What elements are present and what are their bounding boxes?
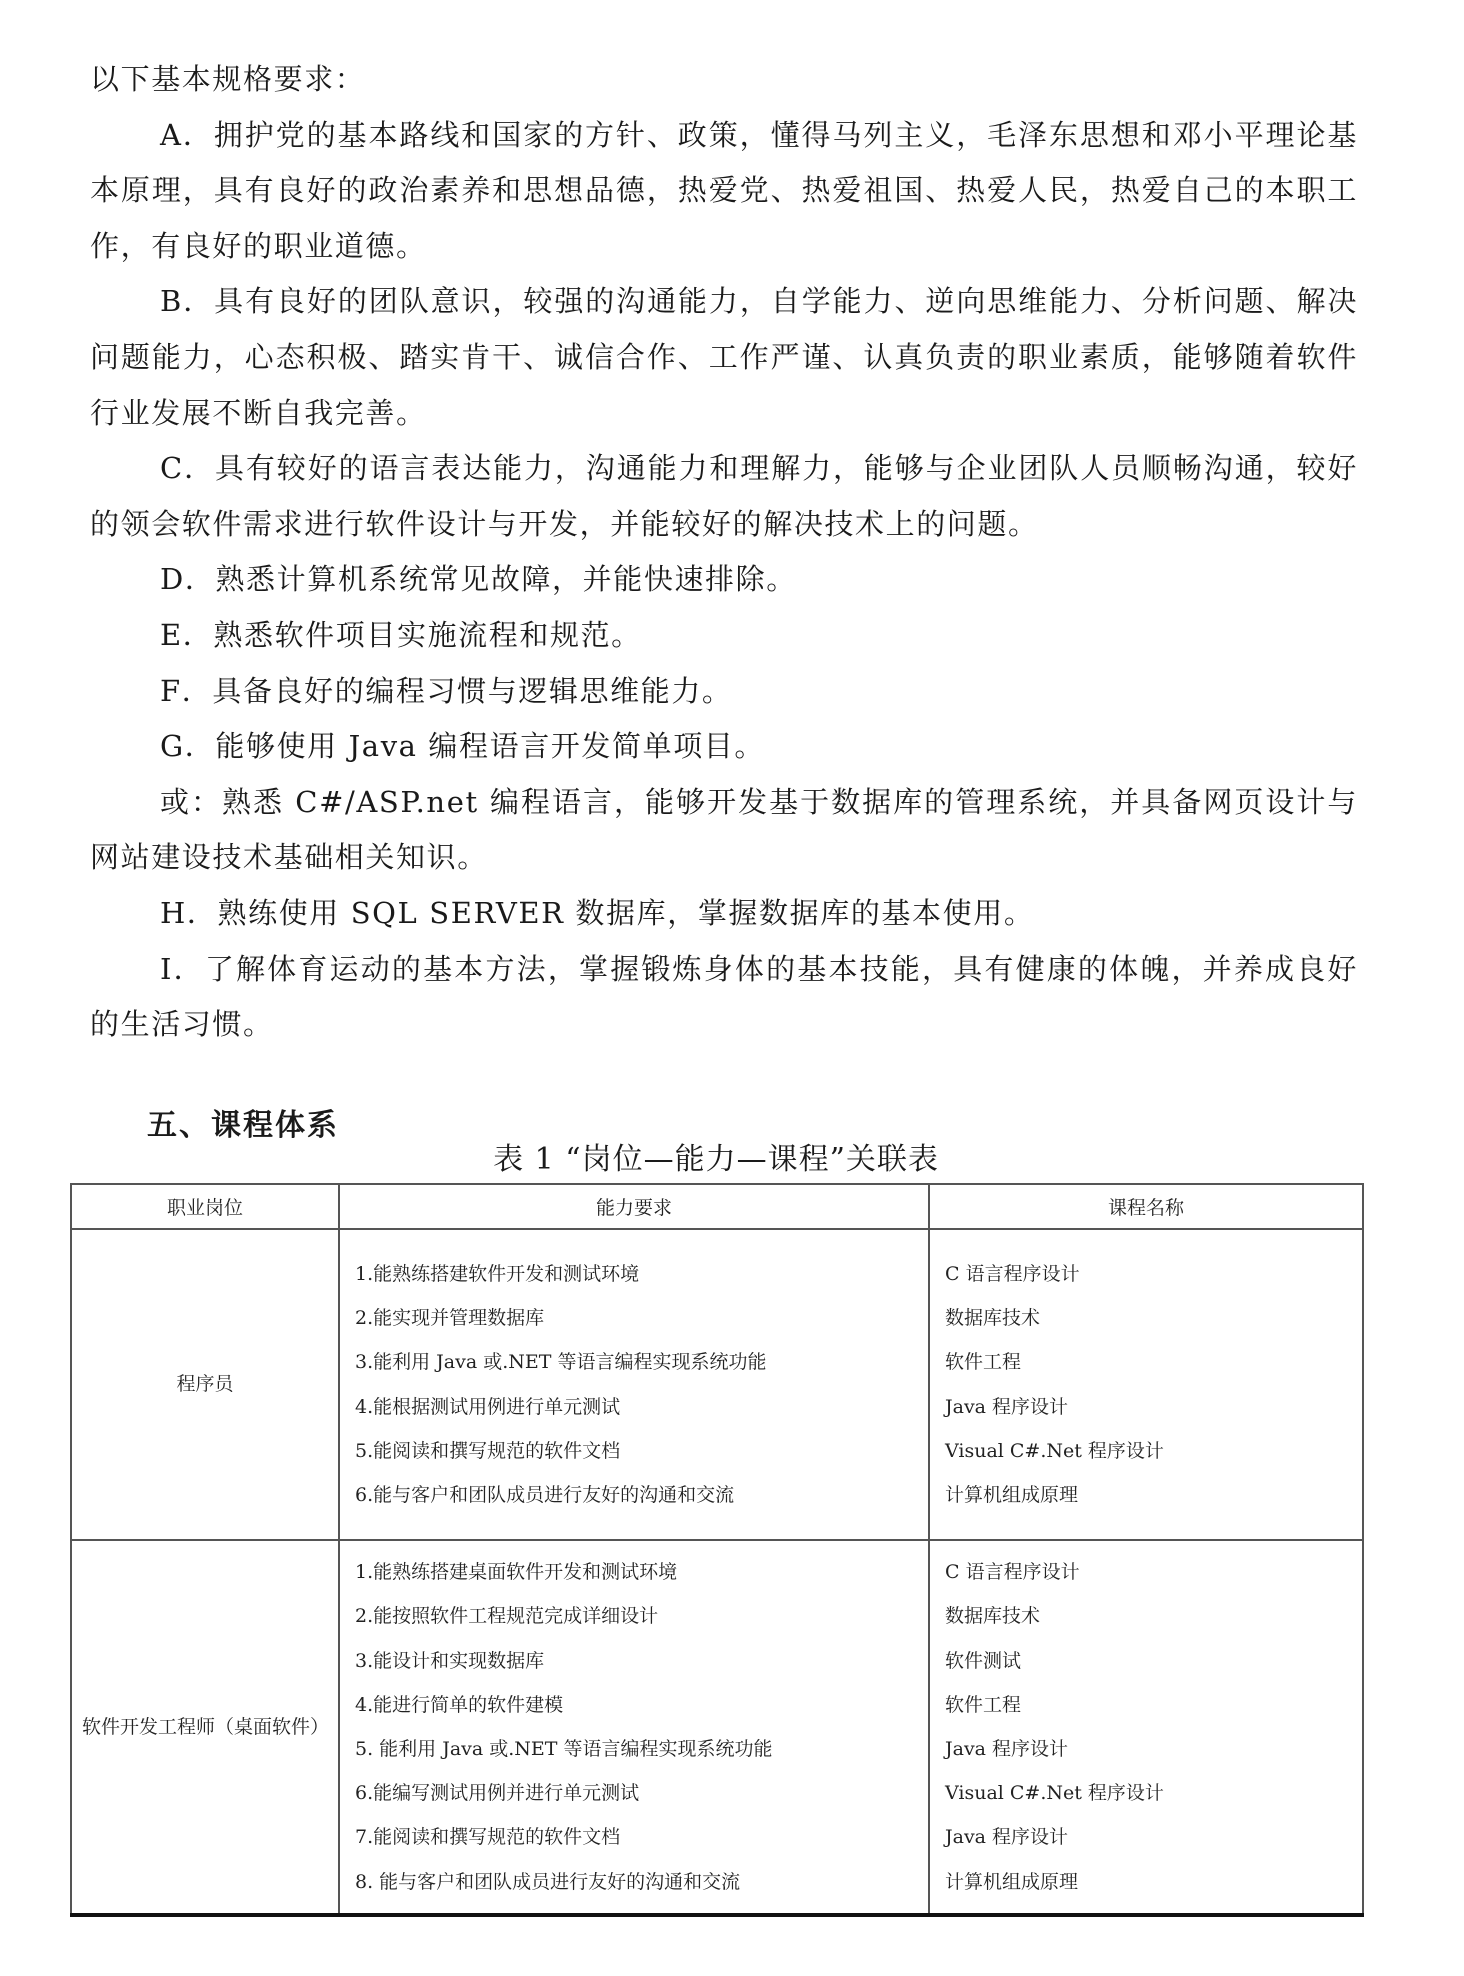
course-item: 软件测试 [945,1639,1362,1683]
header-course: 课程名称 [929,1184,1363,1229]
course-item: 计算机组成原理 [945,1860,1362,1904]
ability-item: 8. 能与客户和团队成员进行友好的沟通和交流 [355,1860,928,1904]
document-page: 以下基本规格要求： A．拥护党的基本路线和国家的方针、政策，懂得马列主义，毛泽东… [0,0,1464,1976]
course-item: C 语言程序设计 [945,1252,1362,1296]
ability-item: 3.能利用 Java 或.NET 等语言编程实现系统功能 [355,1340,928,1384]
abilities-cell: 1.能熟练搭建软件开发和测试环境 2.能实现并管理数据库 3.能利用 Java … [339,1229,929,1540]
ability-item: 4.能根据测试用例进行单元测试 [355,1385,928,1429]
ability-item: 5. 能利用 Java 或.NET 等语言编程实现系统功能 [355,1727,928,1771]
requirement-f: F．具备良好的编程习惯与逻辑思维能力。 [90,664,1358,720]
header-ability: 能力要求 [339,1184,929,1229]
requirement-a: A．拥护党的基本路线和国家的方针、政策，懂得马列主义，毛泽东思想和邓小平理论基本… [90,108,1358,275]
position-cell: 程序员 [71,1229,339,1540]
table-row: 程序员 1.能熟练搭建软件开发和测试环境 2.能实现并管理数据库 3.能利用 J… [71,1229,1363,1540]
course-item: 软件工程 [945,1683,1362,1727]
courses-cell: C 语言程序设计 数据库技术 软件测试 软件工程 Java 程序设计 Visua… [929,1540,1363,1915]
requirements-body: 以下基本规格要求： A．拥护党的基本路线和国家的方针、政策，懂得马列主义，毛泽东… [90,52,1358,1053]
requirement-g-alternative: 或：熟悉 C#/ASP.net 编程语言，能够开发基于数据库的管理系统，并具备网… [90,775,1358,886]
course-item: Java 程序设计 [945,1385,1362,1429]
course-item: Visual C#.Net 程序设计 [945,1771,1362,1815]
ability-item: 7.能阅读和撰写规范的软件文档 [355,1815,928,1859]
ability-item: 2.能实现并管理数据库 [355,1296,928,1340]
ability-item: 1.能熟练搭建桌面软件开发和测试环境 [355,1550,928,1594]
ability-item: 6.能与客户和团队成员进行友好的沟通和交流 [355,1473,928,1517]
table-row: 软件开发工程师（桌面软件） 1.能熟练搭建桌面软件开发和测试环境 2.能按照软件… [71,1540,1363,1915]
position-cell: 软件开发工程师（桌面软件） [71,1540,339,1915]
requirement-e: E．熟悉软件项目实施流程和规范。 [90,608,1358,664]
header-position: 职业岗位 [71,1184,339,1229]
requirement-g: G．能够使用 Java 编程语言开发简单项目。 [90,719,1358,775]
abilities-cell: 1.能熟练搭建桌面软件开发和测试环境 2.能按照软件工程规范完成详细设计 3.能… [339,1540,929,1915]
requirement-b: B．具有良好的团队意识，较强的沟通能力，自学能力、逆向思维能力、分析问题、解决问… [90,274,1358,441]
table-header-row: 职业岗位 能力要求 课程名称 [71,1184,1363,1229]
course-item: 软件工程 [945,1340,1362,1384]
requirement-d: D．熟悉计算机系统常见故障，并能快速排除。 [90,552,1358,608]
course-item: Java 程序设计 [945,1815,1362,1859]
course-item: 数据库技术 [945,1296,1362,1340]
ability-item: 2.能按照软件工程规范完成详细设计 [355,1594,928,1638]
ability-item: 4.能进行简单的软件建模 [355,1683,928,1727]
requirement-h: H．熟练使用 SQL SERVER 数据库，掌握数据库的基本使用。 [90,886,1358,942]
course-item: 计算机组成原理 [945,1473,1362,1517]
requirement-i: I．了解体育运动的基本方法，掌握锻炼身体的基本技能，具有健康的体魄，并养成良好的… [90,942,1358,1053]
ability-item: 3.能设计和实现数据库 [355,1639,928,1683]
course-item: 数据库技术 [945,1594,1362,1638]
ability-item: 5.能阅读和撰写规范的软件文档 [355,1429,928,1473]
position-ability-course-table: 职业岗位 能力要求 课程名称 程序员 1.能熟练搭建软件开发和测试环境 2.能实… [70,1183,1364,1917]
course-item: C 语言程序设计 [945,1550,1362,1594]
ability-item: 1.能熟练搭建软件开发和测试环境 [355,1252,928,1296]
intro-line: 以下基本规格要求： [90,52,1358,108]
course-item: Java 程序设计 [945,1727,1362,1771]
ability-item: 6.能编写测试用例并进行单元测试 [355,1771,928,1815]
section-heading: 五、课程体系 [147,1100,339,1144]
requirement-c: C．具有较好的语言表达能力，沟通能力和理解力，能够与企业团队人员顺畅沟通，较好的… [90,441,1358,552]
table-caption: 表 1 “岗位—能力—课程”关联表 [70,1140,1362,1180]
course-item: Visual C#.Net 程序设计 [945,1429,1362,1473]
courses-cell: C 语言程序设计 数据库技术 软件工程 Java 程序设计 Visual C#.… [929,1229,1363,1540]
